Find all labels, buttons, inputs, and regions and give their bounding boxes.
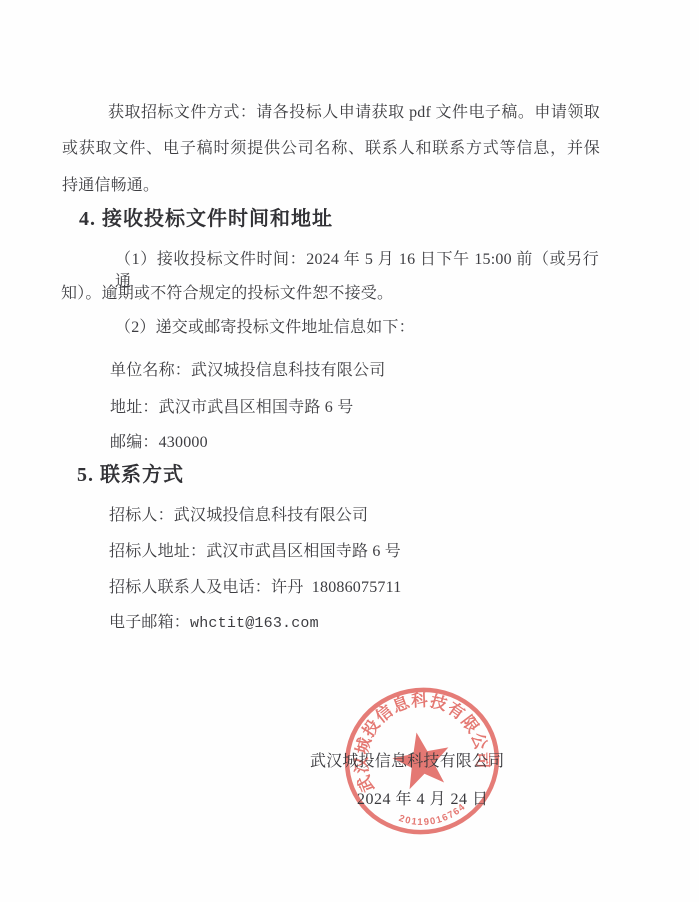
email-label: 电子邮箱：	[109, 614, 190, 631]
section-4-item-1-line-2: 知）。逾期或不符合规定的投标文件恕不接受。	[61, 283, 393, 305]
intro-paragraph-line-2: 或获取文件、电子稿时须提供公司名称、联系人和联系方式等信息，并保	[62, 138, 600, 160]
unit-name-line: 单位名称：武汉城投信息科技有限公司	[110, 360, 385, 382]
tenderer-line: 招标人：武汉城投信息科技有限公司	[109, 505, 368, 527]
seal-serial-number: 4201190167649	[306, 645, 470, 850]
address-line: 地址：武汉市武昌区相国寺路 6 号	[110, 397, 353, 419]
tenderer-contact-phone-line: 招标人联系人及电话：许丹 18086075711	[109, 577, 401, 599]
intro-paragraph-line-1: 获取招标文件方式：请各投标人申请获取 pdf 文件电子稿。申请领取	[108, 102, 600, 124]
intro-paragraph-line-3: 持通信畅通。	[62, 175, 159, 197]
signature-company-name: 武汉城投信息科技有限公司	[310, 751, 504, 773]
section-4-heading: 4. 接收投标文件时间和地址	[79, 208, 333, 230]
section-4-item-2: （2）递交或邮寄投标文件地址信息如下：	[115, 317, 415, 339]
signature-date: 2024 年 4 月 24 日	[357, 789, 489, 811]
postcode-line: 邮编：430000	[110, 432, 208, 454]
email-line: 电子邮箱：whctit@163.com	[109, 612, 319, 635]
section-5-heading: 5. 联系方式	[77, 464, 184, 486]
tenderer-address-line: 招标人地址：武汉市武昌区相国寺路 6 号	[109, 541, 401, 563]
email-value: whctit@163.com	[190, 615, 319, 632]
document-page: 获取招标文件方式：请各投标人申请获取 pdf 文件电子稿。申请领取 或获取文件、…	[0, 0, 699, 902]
